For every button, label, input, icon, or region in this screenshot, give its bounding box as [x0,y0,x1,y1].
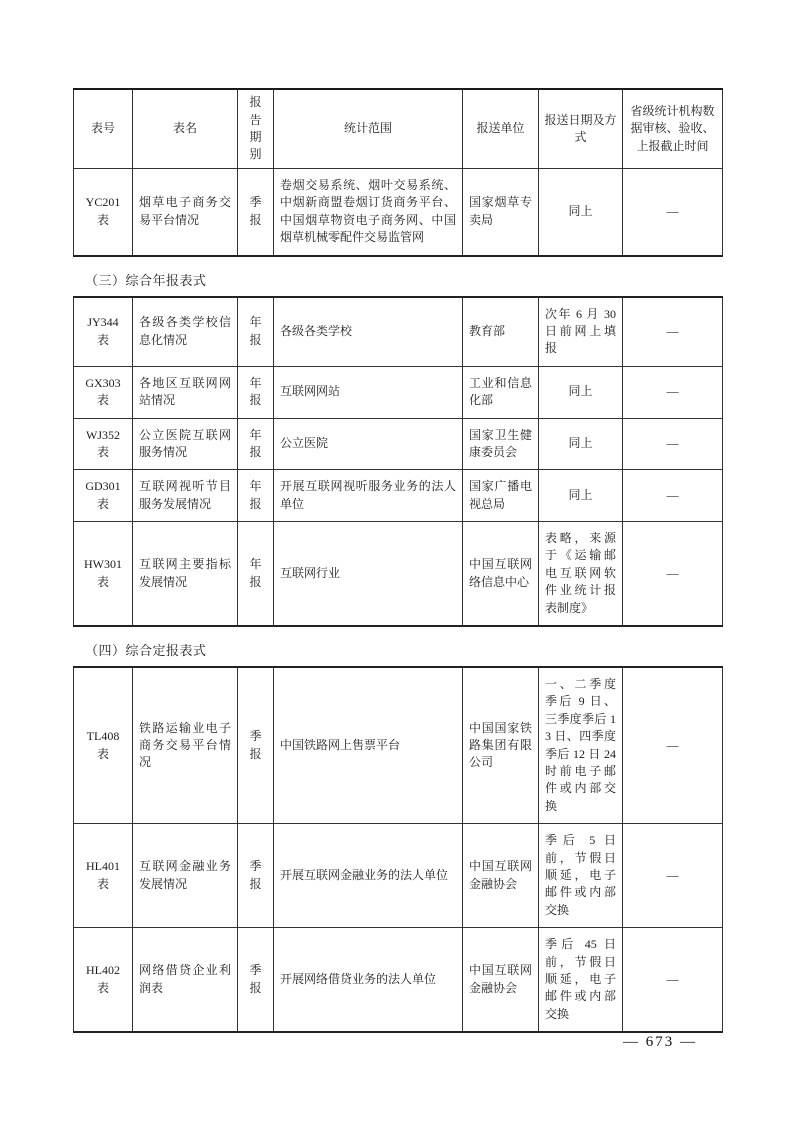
page-content: 表号表名报告期别统计范围报送单位报送日期及方式省级统计机构数据审核、验收、上报截… [0,0,793,1033]
cell-provincial-review-deadline: — [623,470,723,522]
table-row: HL401 表互联网金融业务发展情况季报开展互联网金融业务的法人单位中国互联网金… [74,824,723,928]
table-row: HL402 表网络借贷企业利润表季报开展网络借贷业务的法人单位中国互联网金融协会… [74,928,723,1032]
cell-statistical-scope: 中国铁路网上售票平台 [274,667,463,824]
cell-report-period: 季报 [238,667,274,824]
cell-form-name: 互联网金融业务发展情况 [133,824,238,928]
cell-form-code: HL401 表 [74,824,133,928]
table-body-periodic: TL408 表铁路运输业电子商务交易平台情况季报中国铁路网上售票平台中国国家铁路… [74,667,723,1032]
cell-submission-date-method: 同上 [539,169,623,256]
cell-statistical-scope: 开展网络借贷业务的法人单位 [274,928,463,1032]
cell-report-period: 年报 [238,366,274,418]
cell-statistical-scope: 公立医院 [274,418,463,470]
cell-report-period: 年报 [238,297,274,367]
cell-form-name: 公立医院互联网服务情况 [133,418,238,470]
header-cell-report-period: 报告期别 [238,89,274,169]
cell-form-name: 网络借贷企业利润表 [133,928,238,1032]
cell-submission-date-method: 次年 6 月 30 日前网上填报 [539,297,623,367]
header-cell-provincial-review-deadline: 省级统计机构数据审核、验收、上报截止时间 [623,89,723,169]
cell-statistical-scope: 各级各类学校 [274,297,463,367]
cell-form-name: 各地区互联网网站情况 [133,366,238,418]
table-row: YC201 表烟草电子商务交易平台情况季报卷烟交易系统、烟叶交易系统、中烟新商盟… [74,169,723,256]
cell-provincial-review-deadline: — [623,667,723,824]
table-row: GD301 表互联网视听节目服务发展情况年报开展互联网视听服务业务的法人单位国家… [74,470,723,522]
cell-provincial-review-deadline: — [623,366,723,418]
cell-provincial-review-deadline: — [623,297,723,367]
document-page: 表号表名报告期别统计范围报送单位报送日期及方式省级统计机构数据审核、验收、上报截… [0,0,793,1122]
cell-submission-date-method: 同上 [539,470,623,522]
cell-provincial-review-deadline: — [623,169,723,256]
cell-reporting-unit: 国家广播电视总局 [463,470,539,522]
table-body-quarterly-continued: YC201 表烟草电子商务交易平台情况季报卷烟交易系统、烟叶交易系统、中烟新商盟… [74,169,723,256]
cell-reporting-unit: 中国国家铁路集团有限公司 [463,667,539,824]
cell-provincial-review-deadline: — [623,824,723,928]
cell-submission-date-method: 季后 45 日前，节假日顺延，电子邮件或内部交换 [539,928,623,1032]
cell-form-code: WJ352 表 [74,418,133,470]
cell-form-name: 互联网视听节目服务发展情况 [133,470,238,522]
cell-form-code: HW301 表 [74,522,133,626]
cell-reporting-unit: 中国互联网金融协会 [463,928,539,1032]
cell-statistical-scope: 互联网行业 [274,522,463,626]
header-cell-statistical-scope: 统计范围 [274,89,463,169]
header-cell-reporting-unit: 报送单位 [463,89,539,169]
periodic-report-forms-table: TL408 表铁路运输业电子商务交易平台情况季报中国铁路网上售票平台中国国家铁路… [73,666,723,1033]
cell-reporting-unit: 国家烟草专卖局 [463,169,539,256]
cell-reporting-unit: 中国互联网金融协会 [463,824,539,928]
cell-report-period: 季报 [238,169,274,256]
section-title-periodic-forms: （四）综合定报表式 [73,627,722,666]
table-row: HW301 表互联网主要指标发展情况年报互联网行业中国互联网络信息中心表略，来源… [74,522,723,626]
cell-provincial-review-deadline: — [623,418,723,470]
cell-report-period: 年报 [238,418,274,470]
cell-statistical-scope: 开展互联网金融业务的法人单位 [274,824,463,928]
cell-submission-date-method: 同上 [539,366,623,418]
cell-form-name: 各级各类学校信息化情况 [133,297,238,367]
cell-statistical-scope: 卷烟交易系统、烟叶交易系统、中烟新商盟卷烟订货商务平台、中国烟草物资电子商务网、… [274,169,463,256]
cell-reporting-unit: 国家卫生健康委员会 [463,418,539,470]
cell-submission-date-method: 表略，来源于《运输邮电互联网软件业统计报表制度》 [539,522,623,626]
cell-provincial-review-deadline: — [623,522,723,626]
cell-form-code: TL408 表 [74,667,133,824]
cell-report-period: 季报 [238,824,274,928]
table-row: WJ352 表公立医院互联网服务情况年报公立医院国家卫生健康委员会同上— [74,418,723,470]
annual-report-forms-table: JY344 表各级各类学校信息化情况年报各级各类学校教育部次年 6 月 30 日… [73,296,723,627]
report-forms-table-continued: 表号表名报告期别统计范围报送单位报送日期及方式省级统计机构数据审核、验收、上报截… [73,88,723,257]
cell-reporting-unit: 工业和信息化部 [463,366,539,418]
cell-form-code: JY344 表 [74,297,133,367]
table-row: JY344 表各级各类学校信息化情况年报各级各类学校教育部次年 6 月 30 日… [74,297,723,367]
cell-form-name: 铁路运输业电子商务交易平台情况 [133,667,238,824]
header-cell-form-code: 表号 [74,89,133,169]
section-title-annual-forms: （三）综合年报表式 [73,257,722,296]
cell-submission-date-method: 同上 [539,418,623,470]
page-number: — 673 — [623,1034,697,1051]
table-row: GX303 表各地区互联网网站情况年报互联网网站工业和信息化部同上— [74,366,723,418]
cell-form-name: 烟草电子商务交易平台情况 [133,169,238,256]
table-row: TL408 表铁路运输业电子商务交易平台情况季报中国铁路网上售票平台中国国家铁路… [74,667,723,824]
table-header-row: 表号表名报告期别统计范围报送单位报送日期及方式省级统计机构数据审核、验收、上报截… [74,89,723,169]
cell-form-code: YC201 表 [74,169,133,256]
cell-report-period: 年报 [238,470,274,522]
cell-submission-date-method: 一、二季度季后 9 日、三季度季后 13 日、四季度季后 12 日 24 时前电… [539,667,623,824]
header-cell-form-name: 表名 [133,89,238,169]
cell-statistical-scope: 互联网网站 [274,366,463,418]
cell-report-period: 年报 [238,522,274,626]
header-cell-submission-date-method: 报送日期及方式 [539,89,623,169]
table-body-annual: JY344 表各级各类学校信息化情况年报各级各类学校教育部次年 6 月 30 日… [74,297,723,626]
cell-report-period: 季报 [238,928,274,1032]
cell-provincial-review-deadline: — [623,928,723,1032]
cell-form-name: 互联网主要指标发展情况 [133,522,238,626]
cell-reporting-unit: 教育部 [463,297,539,367]
cell-form-code: GX303 表 [74,366,133,418]
cell-form-code: HL402 表 [74,928,133,1032]
cell-reporting-unit: 中国互联网络信息中心 [463,522,539,626]
cell-submission-date-method: 季后 5 日前，节假日顺延，电子邮件或内部交换 [539,824,623,928]
cell-statistical-scope: 开展互联网视听服务业务的法人单位 [274,470,463,522]
cell-form-code: GD301 表 [74,470,133,522]
